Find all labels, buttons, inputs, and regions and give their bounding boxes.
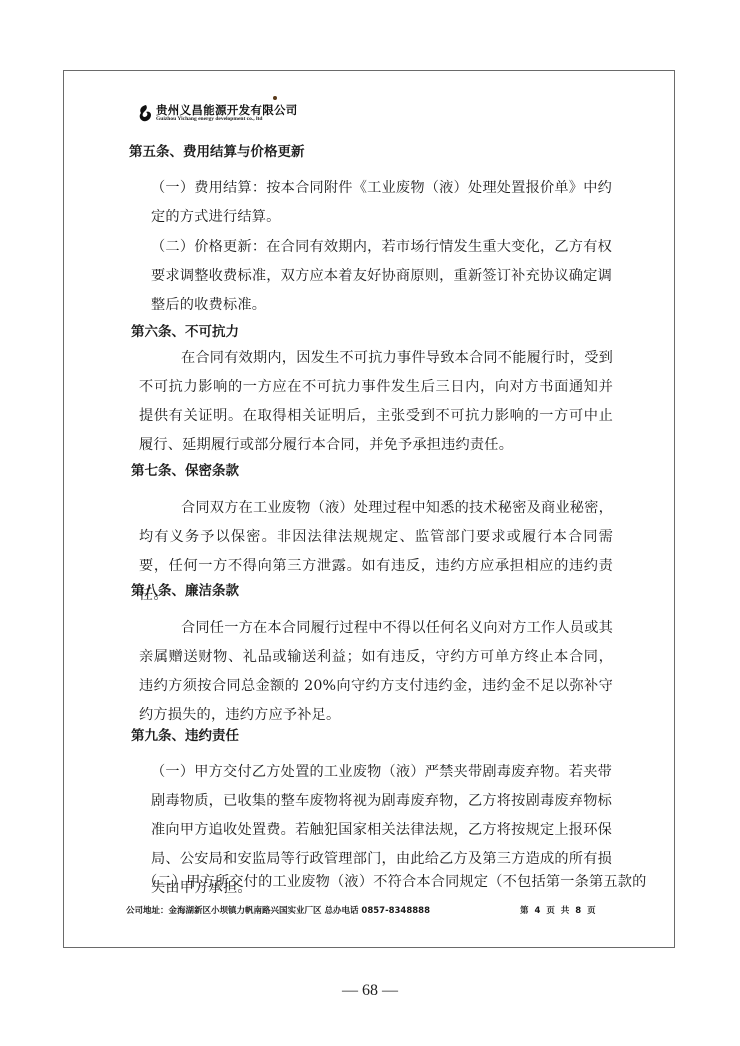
- article-9-para-2: （二）甲方所交付的工业废物（液）不符合本合同规定（不包括第一条第五款的: [143, 868, 613, 897]
- article-5-para-2: （二）价格更新：在合同有效期内，若市场行情发生重大变化，乙方有权要求调整收费标准…: [151, 233, 612, 320]
- article-6-para-1: 在合同有效期内，因发生不可抗力事件导致本合同不能履行时，受到不可抗力影响的一方应…: [139, 344, 613, 460]
- company-letterhead: 贵州义昌能源开发有限公司 Guizhou Yichang energy deve…: [137, 104, 298, 122]
- article-9-title: 第九条、违约责任: [131, 724, 239, 744]
- page-number: — 68 —: [0, 982, 740, 1000]
- article-6-title: 第六条、不可抗力: [131, 320, 239, 340]
- footer-page-info: 第 4 页 共 8 页: [520, 904, 596, 916]
- scan-speck: [273, 96, 277, 100]
- article-5-title: 第五条、费用结算与价格更新: [129, 140, 305, 160]
- company-logo-icon: [137, 104, 153, 122]
- footer-company-address: 公司地址：金海湖新区小坝镇力帆南路兴国实业厂区 总办电话 0857-834888…: [126, 904, 430, 916]
- article-8-para-1: 合同任一方在本合同履行过程中不得以任何名义向对方工作人员或其亲属赠送财物、礼品或…: [139, 614, 613, 730]
- article-7-title: 第七条、保密条款: [131, 459, 239, 479]
- article-8-title: 第八条、廉洁条款: [131, 579, 239, 599]
- company-name-cn: 贵州义昌能源开发有限公司: [156, 104, 298, 116]
- article-5-para-1: （一）费用结算：按本合同附件《工业废物（液）处理处置报价单》中约定的方式进行结算…: [151, 174, 612, 232]
